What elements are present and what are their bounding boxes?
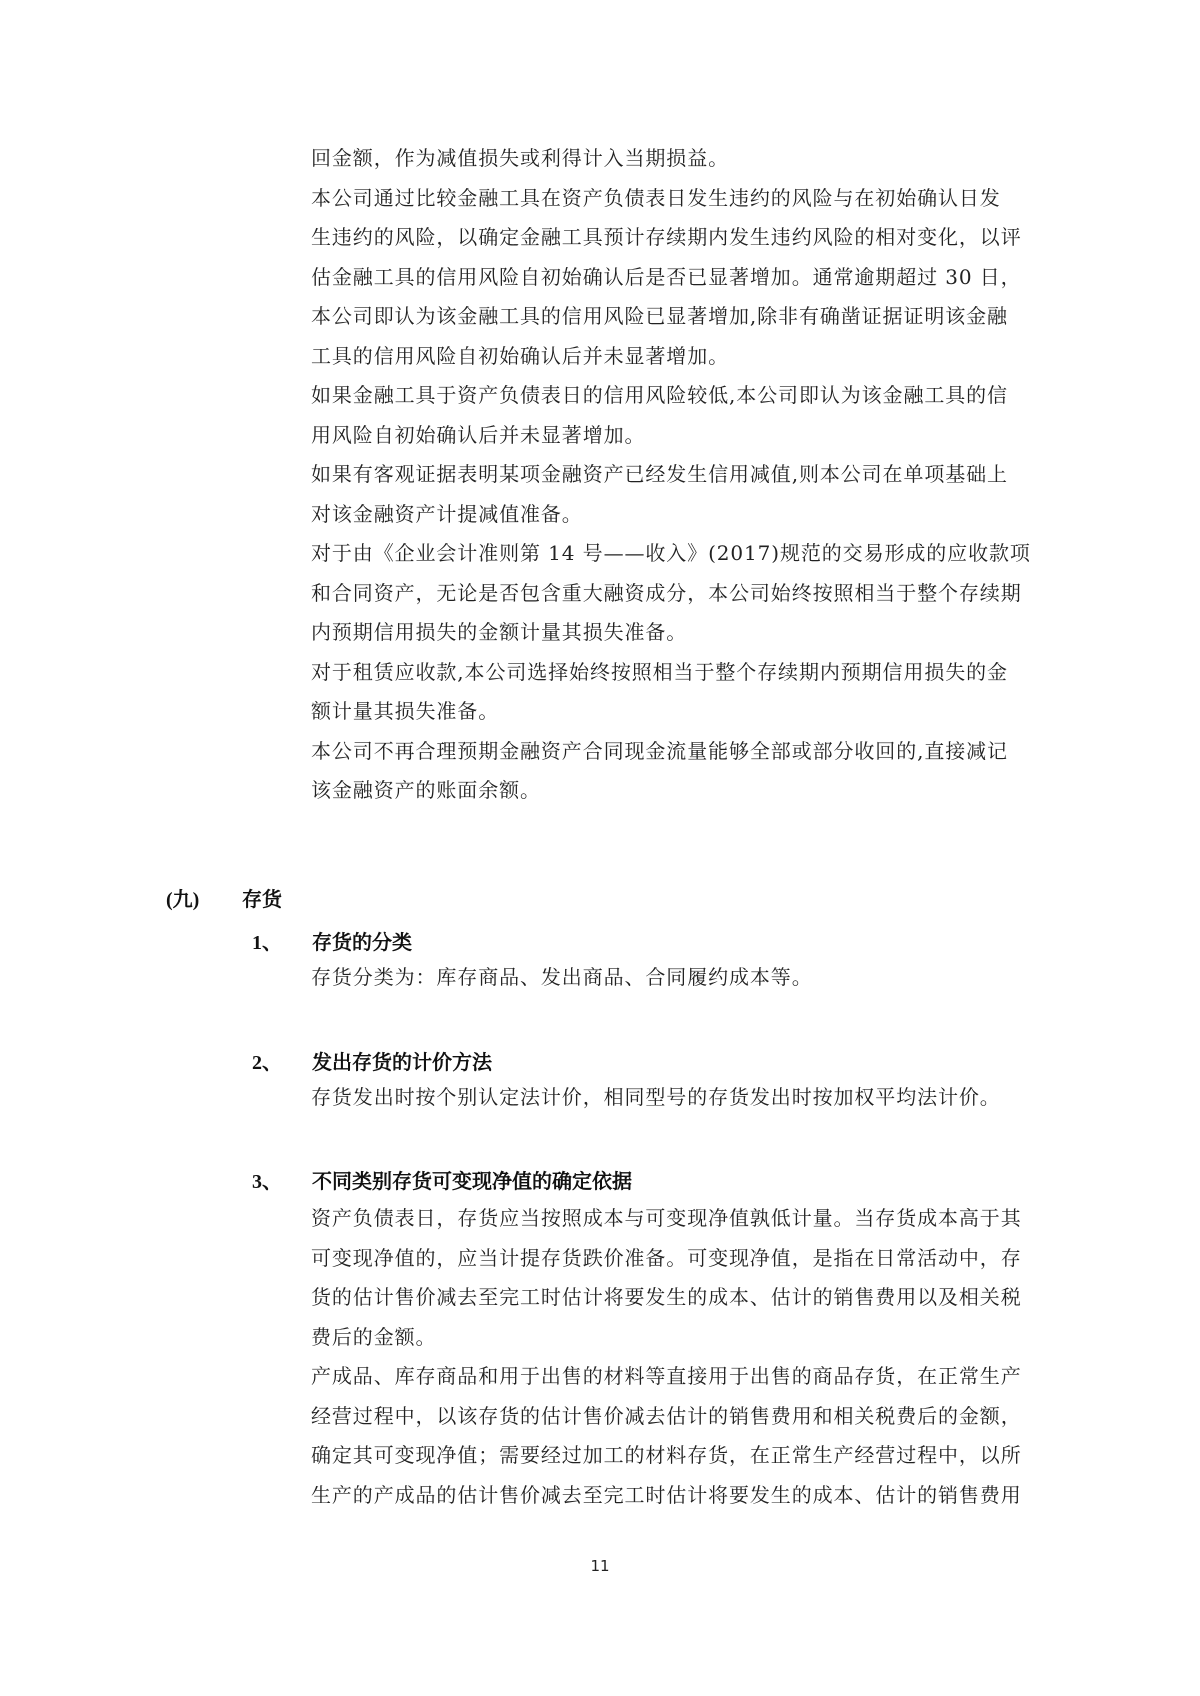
section-title: 存货 bbox=[242, 883, 282, 912]
text-line: 确定其可变现净值；需要经过加工的材料存货，在正常生产经营过程中，以所 bbox=[311, 1436, 1023, 1476]
subsection-body: 存货分类为：库存商品、发出商品、合同履约成本等。 bbox=[311, 958, 1023, 998]
subsection-title: 存货的分类 bbox=[312, 926, 412, 955]
subsection-title: 发出存货的计价方法 bbox=[312, 1046, 492, 1075]
text-line: 如果有客观证据表明某项金融资产已经发生信用减值,则本公司在单项基础上 bbox=[311, 455, 1023, 495]
text-line: 额计量其损失准备。 bbox=[311, 692, 1023, 732]
text-line: 资产负债表日，存货应当按照成本与可变现净值孰低计量。当存货成本高于其 bbox=[311, 1199, 1023, 1239]
text-line: 内预期信用损失的金额计量其损失准备。 bbox=[311, 613, 1023, 653]
subsection-number: 1、 bbox=[252, 926, 312, 955]
subsection-body: 存货发出时按个别认定法计价，相同型号的存货发出时按加权平均法计价。 bbox=[311, 1078, 1023, 1118]
text-line: 本公司不再合理预期金融资产合同现金流量能够全部或部分收回的,直接减记 bbox=[311, 732, 1023, 772]
text-line: 和合同资产，无论是否包含重大融资成分，本公司始终按照相当于整个存续期 bbox=[311, 574, 1023, 614]
section-number: (九) bbox=[166, 883, 242, 912]
text-line: 该金融资产的账面余额。 bbox=[311, 771, 1023, 811]
text-line: 用风险自初始确认后并未显著增加。 bbox=[311, 416, 1023, 456]
text-line: 生产的产成品的估计售价减去至完工时估计将要发生的成本、估计的销售费用 bbox=[311, 1476, 1023, 1516]
document-page: 回金额，作为减值损失或利得计入当期损益。 本公司通过比较金融工具在资产负债表日发… bbox=[0, 0, 1200, 1696]
section-heading: (九) 存货 bbox=[166, 882, 282, 912]
intro-text-block: 回金额，作为减值损失或利得计入当期损益。 本公司通过比较金融工具在资产负债表日发… bbox=[311, 139, 1023, 811]
subsection-heading: 3、 不同类别存货可变现净值的确定依据 bbox=[252, 1164, 632, 1194]
subsection-body: 资产负债表日，存货应当按照成本与可变现净值孰低计量。当存货成本高于其 可变现净值… bbox=[311, 1199, 1023, 1515]
page-number: 11 bbox=[0, 1557, 1200, 1575]
text-line: 如果金融工具于资产负债表日的信用风险较低,本公司即认为该金融工具的信 bbox=[311, 376, 1023, 416]
text-line: 经营过程中，以该存货的估计售价减去估计的销售费用和相关税费后的金额， bbox=[311, 1397, 1023, 1437]
subsection-number: 3、 bbox=[252, 1165, 312, 1194]
text-line: 本公司通过比较金融工具在资产负债表日发生违约的风险与在初始确认日发 bbox=[311, 179, 1023, 219]
text-line: 产成品、库存商品和用于出售的材料等直接用于出售的商品存货，在正常生产 bbox=[311, 1357, 1023, 1397]
text-line: 对该金融资产计提减值准备。 bbox=[311, 495, 1023, 535]
text-line: 对于租赁应收款,本公司选择始终按照相当于整个存续期内预期信用损失的金 bbox=[311, 653, 1023, 693]
text-line: 生违约的风险，以确定金融工具预计存续期内发生违约风险的相对变化，以评 bbox=[311, 218, 1023, 258]
subsection-heading: 1、 存货的分类 bbox=[252, 925, 412, 955]
subsection-number: 2、 bbox=[252, 1046, 312, 1075]
text-line: 工具的信用风险自初始确认后并未显著增加。 bbox=[311, 337, 1023, 377]
text-line: 对于由《企业会计准则第 14 号——收入》(2017)规范的交易形成的应收款项 bbox=[311, 534, 1023, 574]
text-line: 估金融工具的信用风险自初始确认后是否已显著增加。通常逾期超过 30 日， bbox=[311, 258, 1023, 298]
text-line: 存货发出时按个别认定法计价，相同型号的存货发出时按加权平均法计价。 bbox=[311, 1078, 1023, 1118]
subsection-title: 不同类别存货可变现净值的确定依据 bbox=[312, 1165, 632, 1194]
text-line: 存货分类为：库存商品、发出商品、合同履约成本等。 bbox=[311, 958, 1023, 998]
text-line: 货的估计售价减去至完工时估计将要发生的成本、估计的销售费用以及相关税 bbox=[311, 1278, 1023, 1318]
text-line: 本公司即认为该金融工具的信用风险已显著增加,除非有确凿证据证明该金融 bbox=[311, 297, 1023, 337]
text-line: 费后的金额。 bbox=[311, 1318, 1023, 1358]
subsection-heading: 2、 发出存货的计价方法 bbox=[252, 1045, 492, 1075]
text-line: 回金额，作为减值损失或利得计入当期损益。 bbox=[311, 139, 1023, 179]
text-line: 可变现净值的，应当计提存货跌价准备。可变现净值，是指在日常活动中，存 bbox=[311, 1239, 1023, 1279]
